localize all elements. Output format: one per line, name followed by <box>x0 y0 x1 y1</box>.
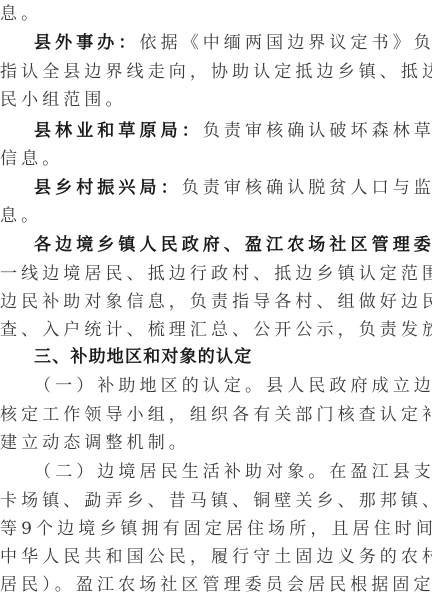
text-line: 息。 <box>0 0 42 28</box>
text-line: 中华人民共和国公民，履行守土固边义务的农村居民（含农转城 <box>0 543 432 571</box>
text-line: （二）边境居民生活补助对象。在盈江县支那乡、苏典乡、 <box>34 458 432 486</box>
text-line: 民小组范围。 <box>0 86 127 114</box>
dept-label: 县乡村振兴局： <box>34 178 182 198</box>
text-run: 负责审核确认破坏森林草原资源违法人员 <box>203 121 432 141</box>
paragraph-foreign-affairs: 县外事办：依据《中缅两国边界议定书》负责提供边界附图， <box>34 29 432 57</box>
text-line: （一）补助地区的认定。县人民政府成立边境居民补助地区 <box>34 372 432 400</box>
text-line: 等9个边境乡镇拥有固定居住场所，且居住时间在6个月以上的 <box>0 515 432 543</box>
text-line: 建立动态调整机制。 <box>0 429 190 457</box>
text-line: 指认全县边界线走向，协助认定抵边乡镇、抵边行政村、抵边村 <box>0 58 432 86</box>
dept-label: 县林业和草原局： <box>34 121 203 141</box>
text-run: 依据《中缅两国边界议定书》负责提供边界附图， <box>140 33 432 53</box>
paragraph-forestry: 县林业和草原局：负责审核确认破坏森林草原资源违法人员 <box>34 117 432 145</box>
dept-label: 县外事办： <box>34 33 140 53</box>
text-line: 息。 <box>0 202 42 230</box>
text-line: 一线边境居民、抵边行政村、抵边乡镇认定范围，审核确认上报 <box>0 260 432 288</box>
text-line: 卡场镇、勐弄乡、昔马镇、铜壁关乡、那邦镇、太平镇、弄璋镇 <box>0 487 432 515</box>
text-line: 居民）。盈江农场社区管理委员会居民根据固定居住实际情况， <box>0 571 432 599</box>
section-heading: 三、补助地区和对象的认定 <box>34 343 252 371</box>
paragraph-township-govts: 各边境乡镇人民政府、盈江农场社区管理委员会：负责根据 <box>34 231 432 259</box>
text-line: 边民补助对象信息，负责指导各村、组做好边民补助对象信息核 <box>0 288 432 316</box>
text-line: 信息。 <box>0 145 63 173</box>
paragraph-rural-revitalization: 县乡村振兴局：负责审核确认脱贫人口与监测帮扶对象信 <box>34 174 432 202</box>
dept-label: 各边境乡镇人民政府、盈江农场社区管理委员会： <box>34 235 432 255</box>
text-line: 核定工作领导小组，组织各有关部门核查认定补助地区范围，并 <box>0 401 432 429</box>
text-run: 负责审核确认脱贫人口与监测帮扶对象信 <box>182 178 432 198</box>
text-line: 查、入户统计、梳理汇总、公开公示，负责发放边民补助资金。 <box>0 316 432 344</box>
